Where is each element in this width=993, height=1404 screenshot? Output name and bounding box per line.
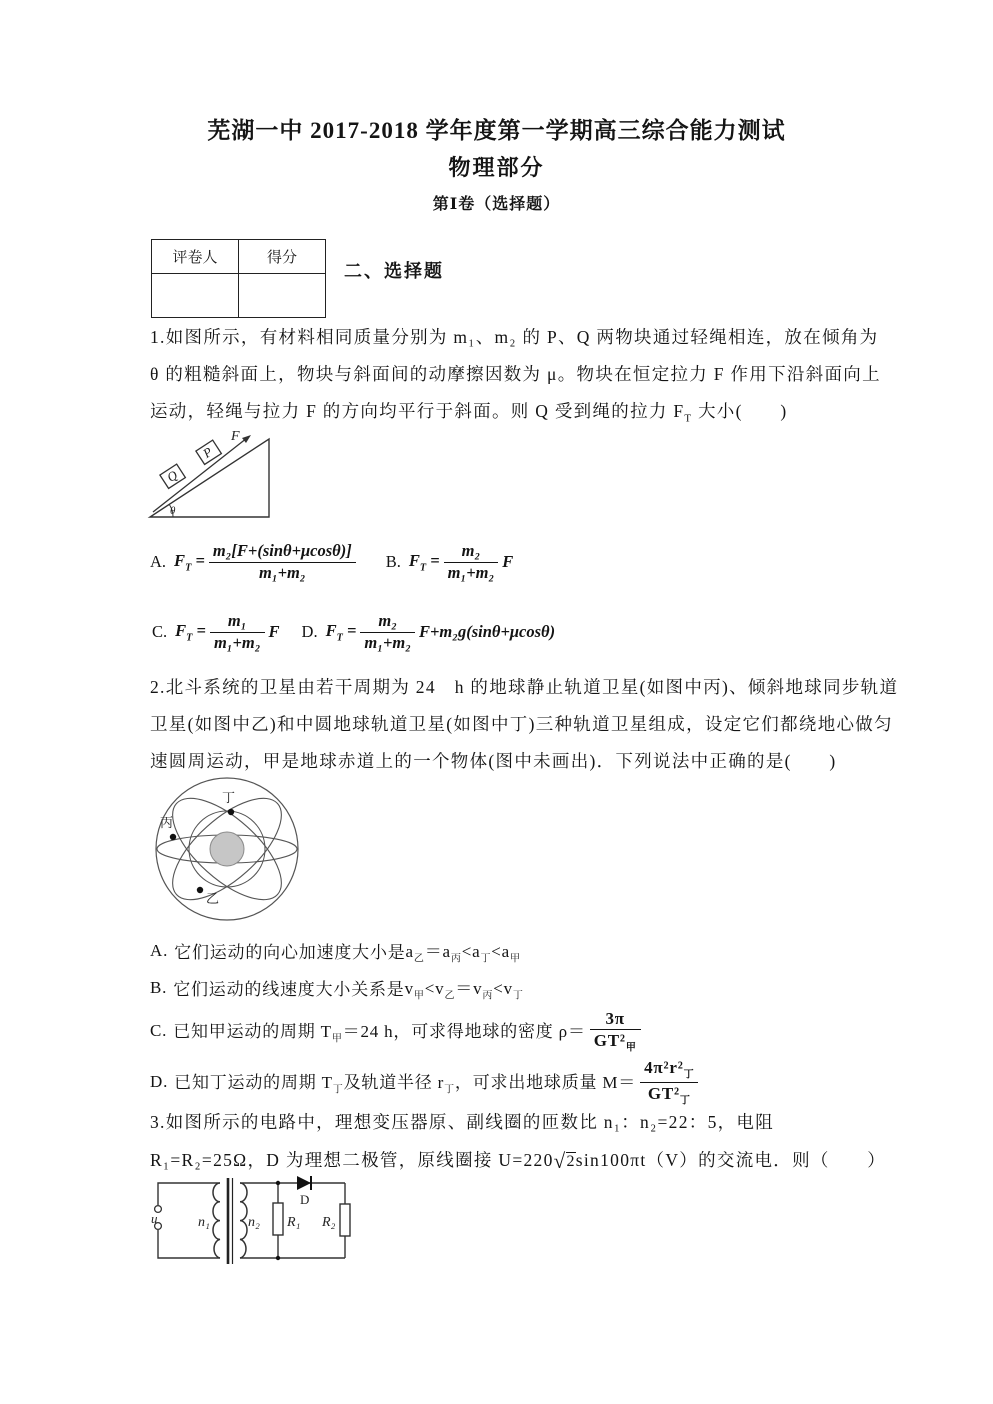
page-subtitle: 物理部分 <box>0 151 993 182</box>
q1-line-3: 运动，轻绳与拉力 F 的方向均平行于斜面。则 Q 受到绳的拉力 FT 大小( ) <box>150 393 881 430</box>
r1-label: R₁ <box>286 1215 300 1230</box>
satellite-yi-dot <box>197 887 203 893</box>
question-3-text: 3.如图所示的电路中，理想变压器原、副线圈的匝数比 n₁：n₂=22：5，电阻 … <box>150 1103 886 1179</box>
earth <box>210 832 244 866</box>
source-label: u <box>151 1211 158 1226</box>
secondary-coil-label: n₂ <box>248 1215 260 1230</box>
force-label: F <box>230 430 240 444</box>
diode-label: D <box>300 1192 309 1207</box>
score-table-grader-header: 评卷人 <box>152 240 239 274</box>
r2-label: R₂ <box>321 1215 336 1230</box>
q1-option-c-lhs: FT = <box>175 621 206 643</box>
incline-diagram: Q P θ F <box>147 430 282 525</box>
q2-option-a: A.它们运动的向心加速度大小是 a乙＝a丙<a丁<a甲 <box>150 937 521 964</box>
q1-options-row-2: C. FT = m₁m₁+m₂ F D. FT = m₂m₁+m₂ F+m₂g(… <box>152 599 555 665</box>
score-table-score-cell <box>239 274 326 318</box>
satellite-bing-dot <box>170 834 176 840</box>
score-table: 评卷人 得分 <box>151 239 326 318</box>
exam-page: 芜湖一中 2017-2018 学年度第一学期高三综合能力测试 物理部分 第Ⅰ卷（… <box>0 0 993 1404</box>
satellite-ding-dot <box>228 809 234 815</box>
question-1-text: 1.如图所示，有材料相同质量分别为 m₁、m₂ 的 P、Q 两物块通过轻绳相连，… <box>150 319 881 430</box>
block-q: Q <box>160 464 185 488</box>
q1-option-b-label: B. <box>386 552 401 572</box>
radical-sign: √ <box>554 1149 567 1173</box>
q2-option-b: B.它们运动的线速度大小关系是 v甲<v乙＝v丙<v丁 <box>150 974 524 1001</box>
q1-option-c-label: C. <box>152 622 167 642</box>
score-table-score-header: 得分 <box>239 240 326 274</box>
q1-option-b-lhs: FT = <box>409 551 440 573</box>
satellite-bing-label: 丙 <box>160 815 173 830</box>
q2-line-3: 速圆周运动，甲是地球赤道上的一个物体(图中未画出)．下列说法中正确的是( ) <box>150 743 898 780</box>
satellite-ding-label: 丁 <box>222 790 235 805</box>
q1-option-d-label: D. <box>302 622 318 642</box>
q2-option-d-fraction: 4π²r²丁GT²丁 <box>640 1058 698 1106</box>
q1-option-a-lhs: FT = <box>174 551 205 573</box>
q2-line-2: 卫星(如图中乙)和中圆地球轨道卫星(如图中丁)三种轨道卫星组成，设定它们都绕地心… <box>150 706 898 743</box>
q1-option-a-fraction: m₂[F+(sinθ+μcosθ)]m₁+m₂ <box>209 542 356 582</box>
q2-option-c: C. 已知甲运动的周期 T甲＝24 h，可求得地球的密度 ρ＝ 3πGT²甲 <box>150 1006 645 1056</box>
q1-line-1: 1.如图所示，有材料相同质量分别为 m₁、m₂ 的 P、Q 两物块通过轻绳相连，… <box>150 319 881 356</box>
primary-coil-label: n₁ <box>198 1215 210 1230</box>
theta-label: θ <box>170 505 176 517</box>
q1-line-2: θ 的粗糙斜面上，物块与斜面间的动摩擦因数为 μ。物块在恒定拉力 F 作用下沿斜… <box>150 356 881 393</box>
page-title: 芜湖一中 2017-2018 学年度第一学期高三综合能力测试 <box>0 112 993 145</box>
resistor-r1 <box>273 1203 283 1235</box>
q1-option-d-lhs: FT = <box>326 621 357 643</box>
force-arrowhead <box>242 435 251 443</box>
q1-option-c-fraction: m₁m₁+m₂ <box>210 612 265 652</box>
q2-line-1: 2.北斗系统的卫星由若干周期为 24 h 的地球静止轨道卫星(如图中丙)、倾斜地… <box>150 669 898 706</box>
q2-option-c-fraction: 3πGT²甲 <box>590 1009 641 1054</box>
score-table-grader-cell <box>152 274 239 318</box>
q3-line-1: 3.如图所示的电路中，理想变压器原、副线圈的匝数比 n₁：n₂=22：5，电阻 <box>150 1103 886 1141</box>
q1-option-b-fraction: m₂m₁+m₂ <box>444 542 499 582</box>
resistor-r2 <box>340 1204 350 1236</box>
transformer-circuit-diagram: u n₁ n₂ R₁ D R₂ <box>150 1176 360 1270</box>
satellite-yi-label: 乙 <box>206 891 219 906</box>
q2-option-d: D. 已知丁运动的周期 T丁及轨道半径 r丁，可求出地球质量 M＝ 4π²r²丁… <box>150 1056 702 1108</box>
q1-option-a-label: A. <box>150 552 166 572</box>
diode <box>297 1176 311 1190</box>
section-heading: 二、选择题 <box>344 257 444 283</box>
question-2-text: 2.北斗系统的卫星由若干周期为 24 h 的地球静止轨道卫星(如图中丙)、倾斜地… <box>150 669 898 780</box>
q1-option-d-fraction: m₂m₁+m₂ <box>360 612 415 652</box>
q1-options-row-1: A. FT = m₂[F+(sinθ+μcosθ)]m₁+m₂ B. FT = … <box>150 527 513 597</box>
q3-line-2: R₁=R₂=25Ω，D 为理想二极管，原线圈接 U=220√2sin100πt（… <box>150 1141 886 1179</box>
satellite-orbits-diagram: 丁 丙 乙 <box>150 776 310 926</box>
volume-heading: 第Ⅰ卷（选择题） <box>0 191 993 214</box>
